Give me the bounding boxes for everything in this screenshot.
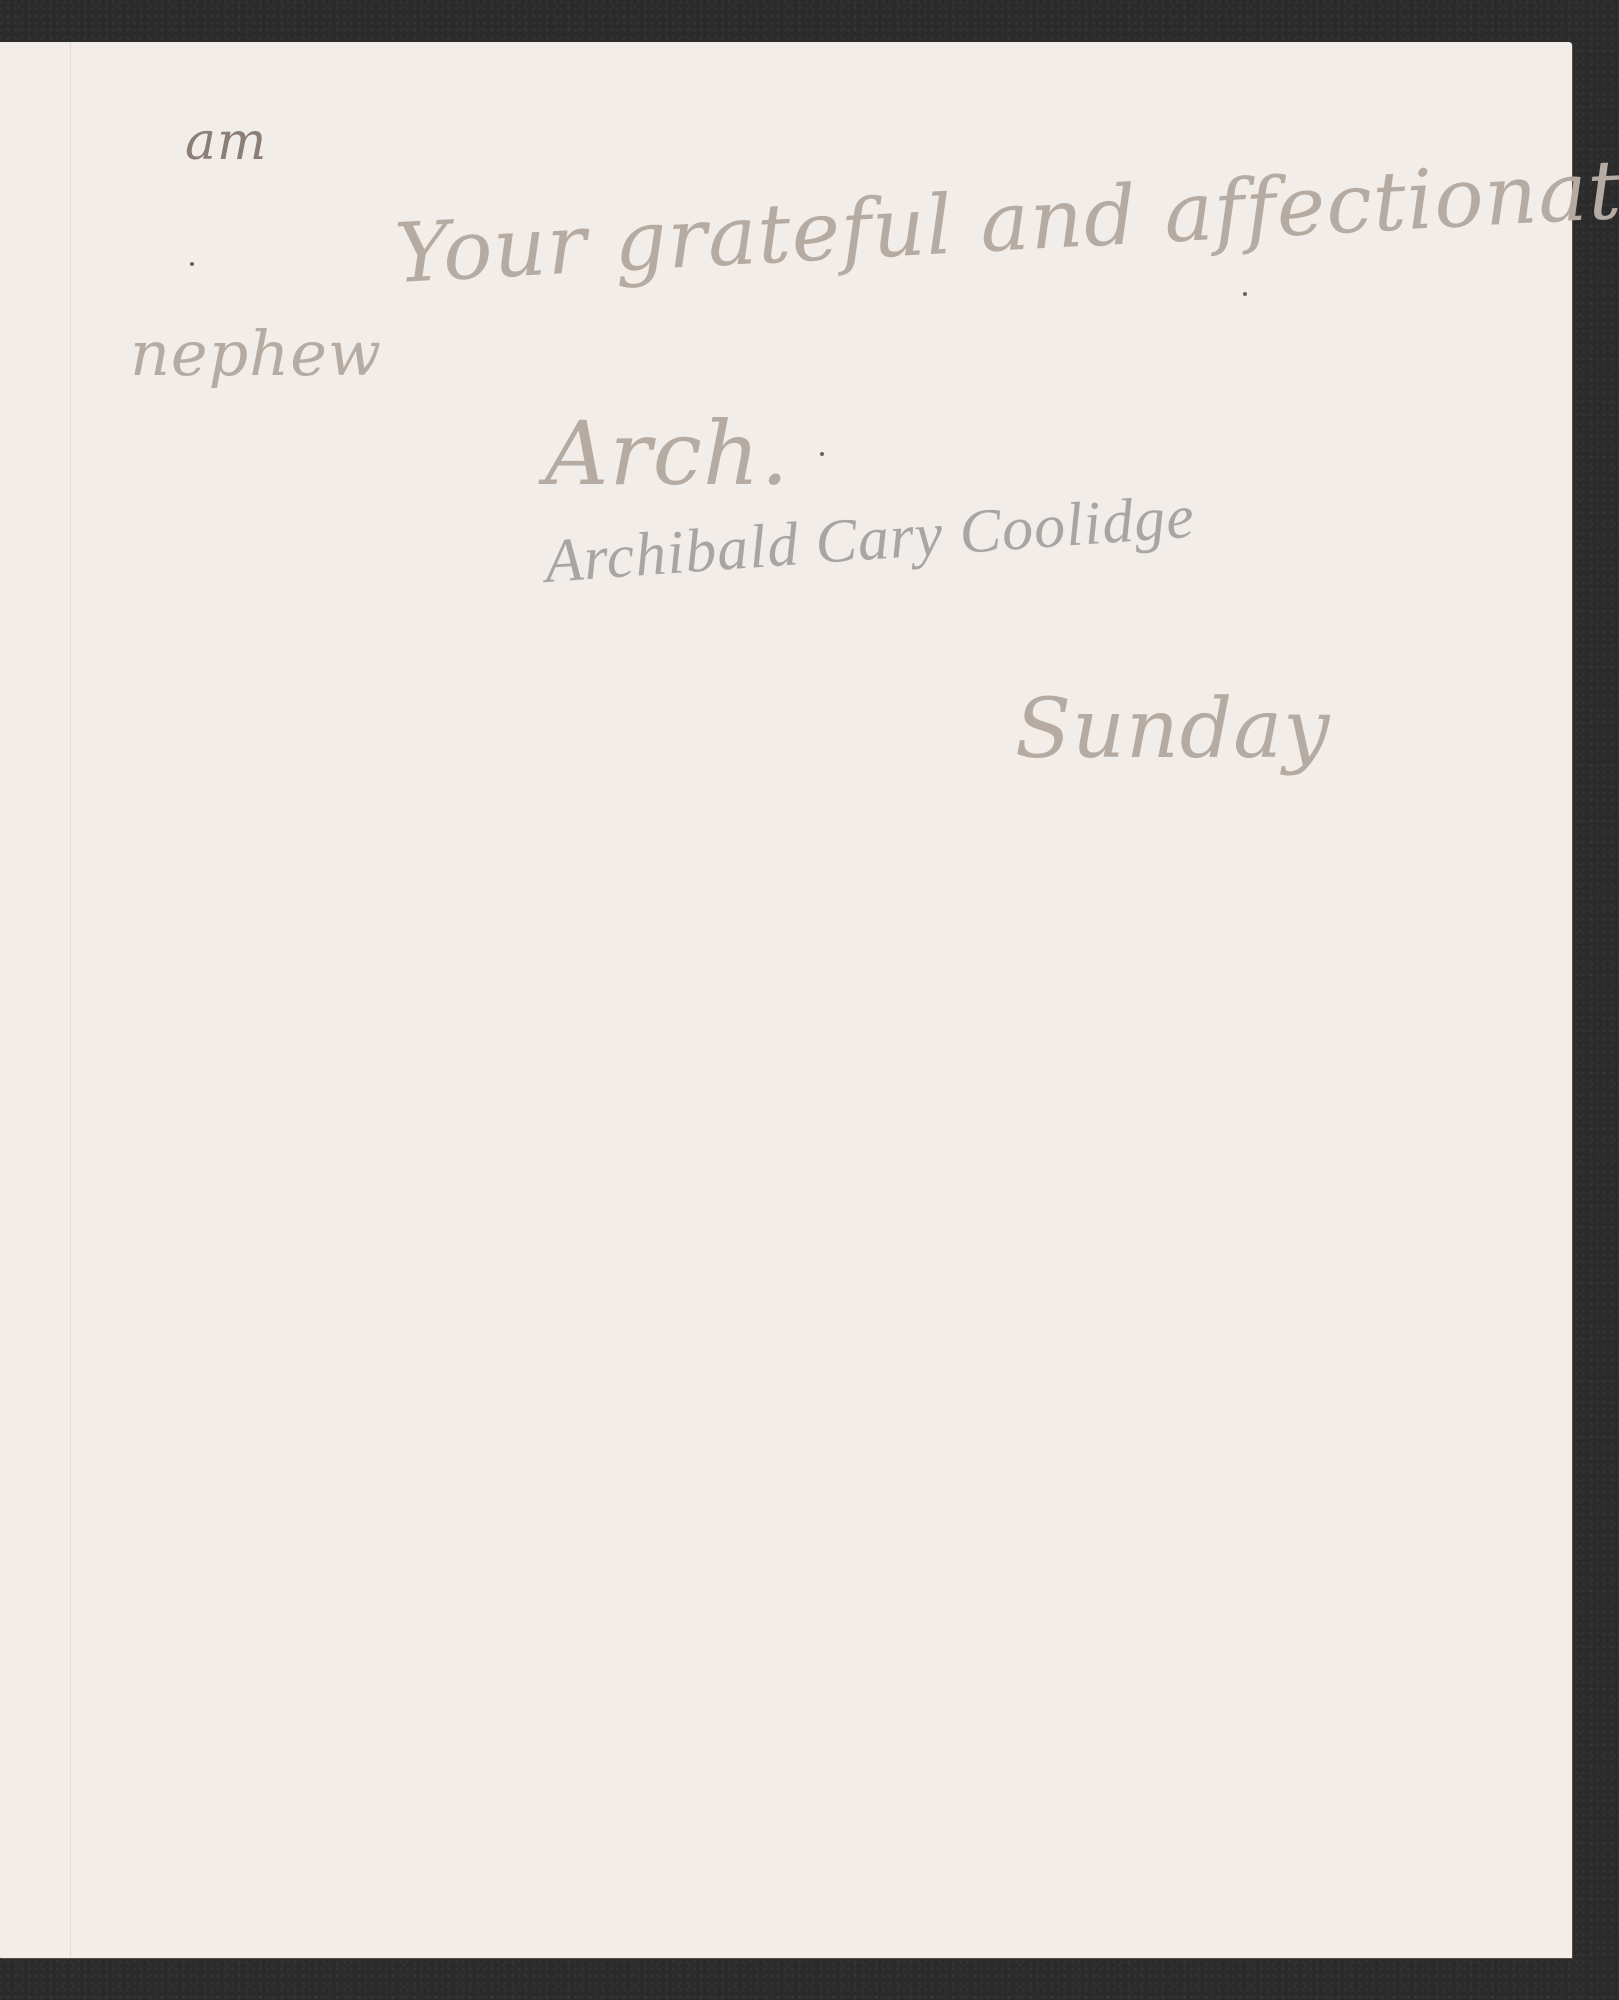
closing-line-1: Your grateful and affectionate (393, 140, 1619, 302)
horizontal-fold-line (0, 987, 1572, 989)
ink-speck (1243, 292, 1247, 296)
ink-speck (820, 452, 824, 456)
text-am: am (185, 112, 267, 172)
vertical-fold-line (70, 42, 71, 1958)
letter-page: am Your grateful and affectionate nephew… (0, 42, 1572, 1958)
ink-speck (190, 262, 194, 266)
closing-line-2: nephew (130, 317, 382, 390)
signature: Arch. (545, 402, 790, 505)
day-text: Sunday (1015, 682, 1331, 777)
